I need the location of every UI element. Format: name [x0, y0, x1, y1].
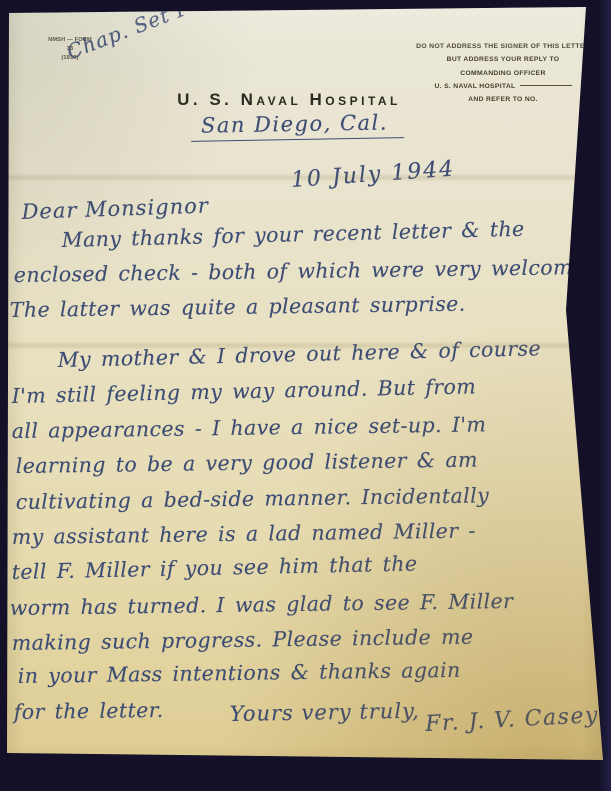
date-line: 10 July 1944	[290, 157, 456, 193]
archival-annotation: Chap. Set F & b	[63, 0, 238, 64]
scan-background: NMSH — FORM 33 (1939) Chap. Set F & b DO…	[0, 0, 611, 791]
handwriting-line: worm has turned. I was glad to see F. Mi…	[10, 589, 514, 620]
notice-line: BUT ADDRESS YOUR REPLY TO	[412, 53, 594, 66]
handwriting-line: making such progress. Please include me	[12, 625, 474, 655]
signature: Fr. J. V. Casey	[425, 703, 600, 737]
handwriting-line: Many thanks for your recent letter & the	[61, 217, 524, 252]
handwriting-line: all appearances - I have a nice set-up. …	[12, 412, 487, 443]
handwriting-line: in your Mass intentions & thanks again	[18, 658, 461, 688]
handwriting-line: learning to be a very good listener & am	[16, 448, 478, 478]
notice-line: DO NOT ADDRESS THE SIGNER OF THIS LETTER	[412, 40, 594, 53]
notice-rule	[520, 85, 572, 86]
handwriting-line: I'm still feeling my way around. But fro…	[11, 374, 476, 408]
notice-line: COMMANDING OFFICER	[412, 67, 594, 80]
letter-paper: NMSH — FORM 33 (1939) Chap. Set F & b DO…	[0, 0, 611, 791]
handwriting-line: for the letter.	[14, 698, 164, 724]
handwriting-line: cultivating a bed-side manner. Incidenta…	[16, 483, 490, 514]
handwriting-line: enclosed check - both of which were very…	[14, 255, 593, 287]
location-line: San Diego, Cal.	[190, 110, 403, 142]
closing-line: Yours very truly,	[230, 699, 420, 726]
handwriting-line: My mother & I drove out here & of course	[57, 336, 541, 372]
salutation: Dear Monsignor	[21, 193, 209, 224]
hospital-name-heading: U. S. Naval Hospital	[0, 90, 578, 110]
handwriting-line: tell F. Miller if you see him that the	[11, 552, 417, 584]
notice-line-hospital-text: U. S. NAVAL HOSPITAL	[434, 83, 515, 90]
handwriting-line: The latter was quite a pleasant surprise…	[10, 292, 466, 322]
handwriting-line: my assistant here is a lad named Miller …	[12, 519, 476, 549]
